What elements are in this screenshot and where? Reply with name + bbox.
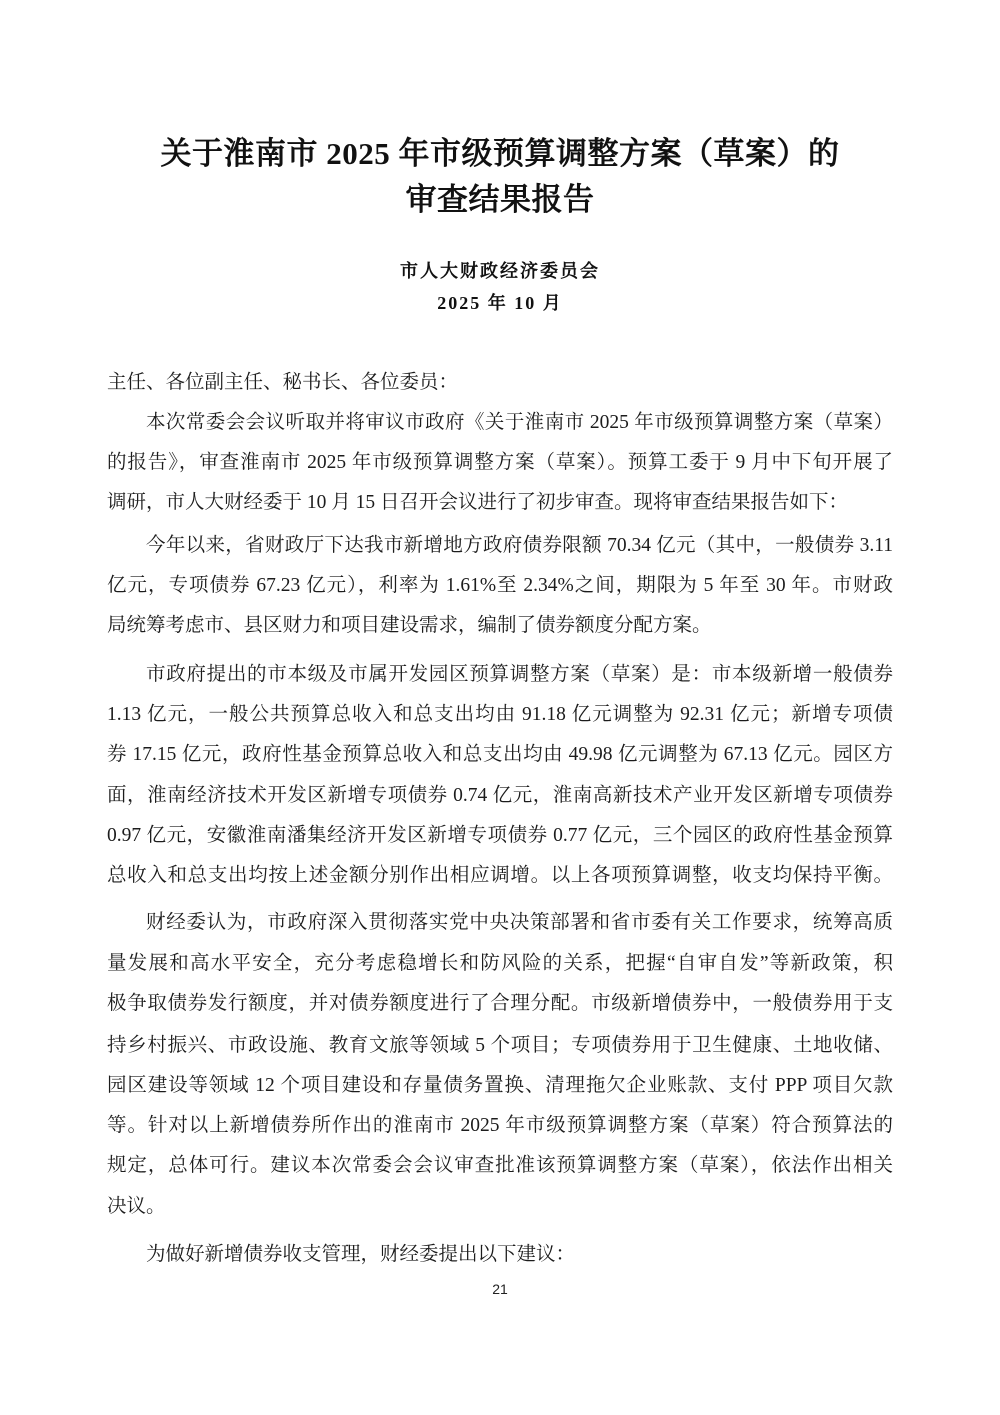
paragraph-4-line-3: 极争取债券发行额度，并对债券额度进行了合理分配。市级新增债券中，一般债券用于支 — [107, 990, 893, 1018]
paragraph-4-line-6: 等。针对以上新增债券所作出的淮南市 2025 年市级预算调整方案（草案）符合预算… — [107, 1112, 893, 1140]
page-number: 21 — [0, 1281, 1000, 1297]
paragraph-4-line-7: 规定，总体可行。建议本次常委会会议审查批准该预算调整方案（草案），依法作出相关 — [107, 1152, 893, 1180]
paragraph-1-line-1: 本次常委会会议听取并将审议市政府《关于淮南市 2025 年市级预算调整方案（草案… — [146, 409, 893, 437]
paragraph-4-line-4: 持乡村振兴、市政设施、教育文旅等领域 5 个项目；专项债券用于卫生健康、土地收储… — [107, 1032, 893, 1060]
paragraph-2-line-1: 今年以来，省财政厅下达我市新增地方政府债券限额 70.34 亿元（其中，一般债券… — [146, 532, 893, 560]
paragraph-4-line-1: 财经委认为，市政府深入贯彻落实党中央决策部署和省市委有关工作要求，统筹高质 — [146, 909, 893, 937]
paragraph-3-line-4: 面，淮南经济技术开发区新增专项债券 0.74 亿元，淮南高新技术产业开发区新增专… — [107, 782, 893, 810]
paragraph-3-line-1: 市政府提出的市本级及市属开发园区预算调整方案（草案）是：市本级新增一般债券 — [146, 661, 893, 689]
document-title-line-1: 关于淮南市 2025 年市级预算调整方案（草案）的 — [0, 132, 1000, 176]
document-page: 关于淮南市 2025 年市级预算调整方案（草案）的 审查结果报告 市人大财政经济… — [0, 0, 1000, 1415]
paragraph-4-line-5: 园区建设等领域 12 个项目建设和存量债务置换、清理拖欠企业账款、支付 PPP … — [107, 1072, 893, 1100]
document-title-line-2: 审查结果报告 — [0, 178, 1000, 222]
paragraph-1-line-3: 调研，市人大财经委于 10 月 15 日召开会议进行了初步审查。现将审查结果报告… — [107, 489, 893, 517]
author-organization: 市人大财政经济委员会 — [0, 258, 1000, 284]
paragraph-3-line-2: 1.13 亿元，一般公共预算总收入和总支出均由 91.18 亿元调整为 92.3… — [107, 701, 893, 729]
paragraph-1-line-2: 的报告》，审查淮南市 2025 年市级预算调整方案（草案）。预算工委于 9 月中… — [107, 449, 893, 477]
paragraph-3-line-6: 总收入和总支出均按上述金额分别作出相应调增。以上各项预算调整，收支均保持平衡。 — [107, 862, 893, 890]
paragraph-2-line-2: 亿元，专项债券 67.23 亿元），利率为 1.61%至 2.34%之间，期限为… — [107, 572, 893, 600]
salutation: 主任、各位副主任、秘书长、各位委员： — [107, 369, 893, 397]
paragraph-3-line-3: 券 17.15 亿元，政府性基金预算总收入和总支出均由 49.98 亿元调整为 … — [107, 741, 893, 769]
paragraph-4-line-2: 量发展和高水平安全，充分考虑稳增长和防风险的关系，把握“自审自发”等新政策，积 — [107, 950, 893, 978]
report-date: 2025 年 10 月 — [0, 290, 1000, 316]
paragraph-5-line-1: 为做好新增债券收支管理，财经委提出以下建议： — [146, 1241, 893, 1269]
paragraph-3-line-5: 0.97 亿元，安徽淮南潘集经济开发区新增专项债券 0.77 亿元，三个园区的政… — [107, 822, 893, 850]
paragraph-2-line-3: 局统筹考虑市、县区财力和项目建设需求，编制了债券额度分配方案。 — [107, 612, 893, 640]
paragraph-4-line-8: 决议。 — [107, 1193, 893, 1221]
